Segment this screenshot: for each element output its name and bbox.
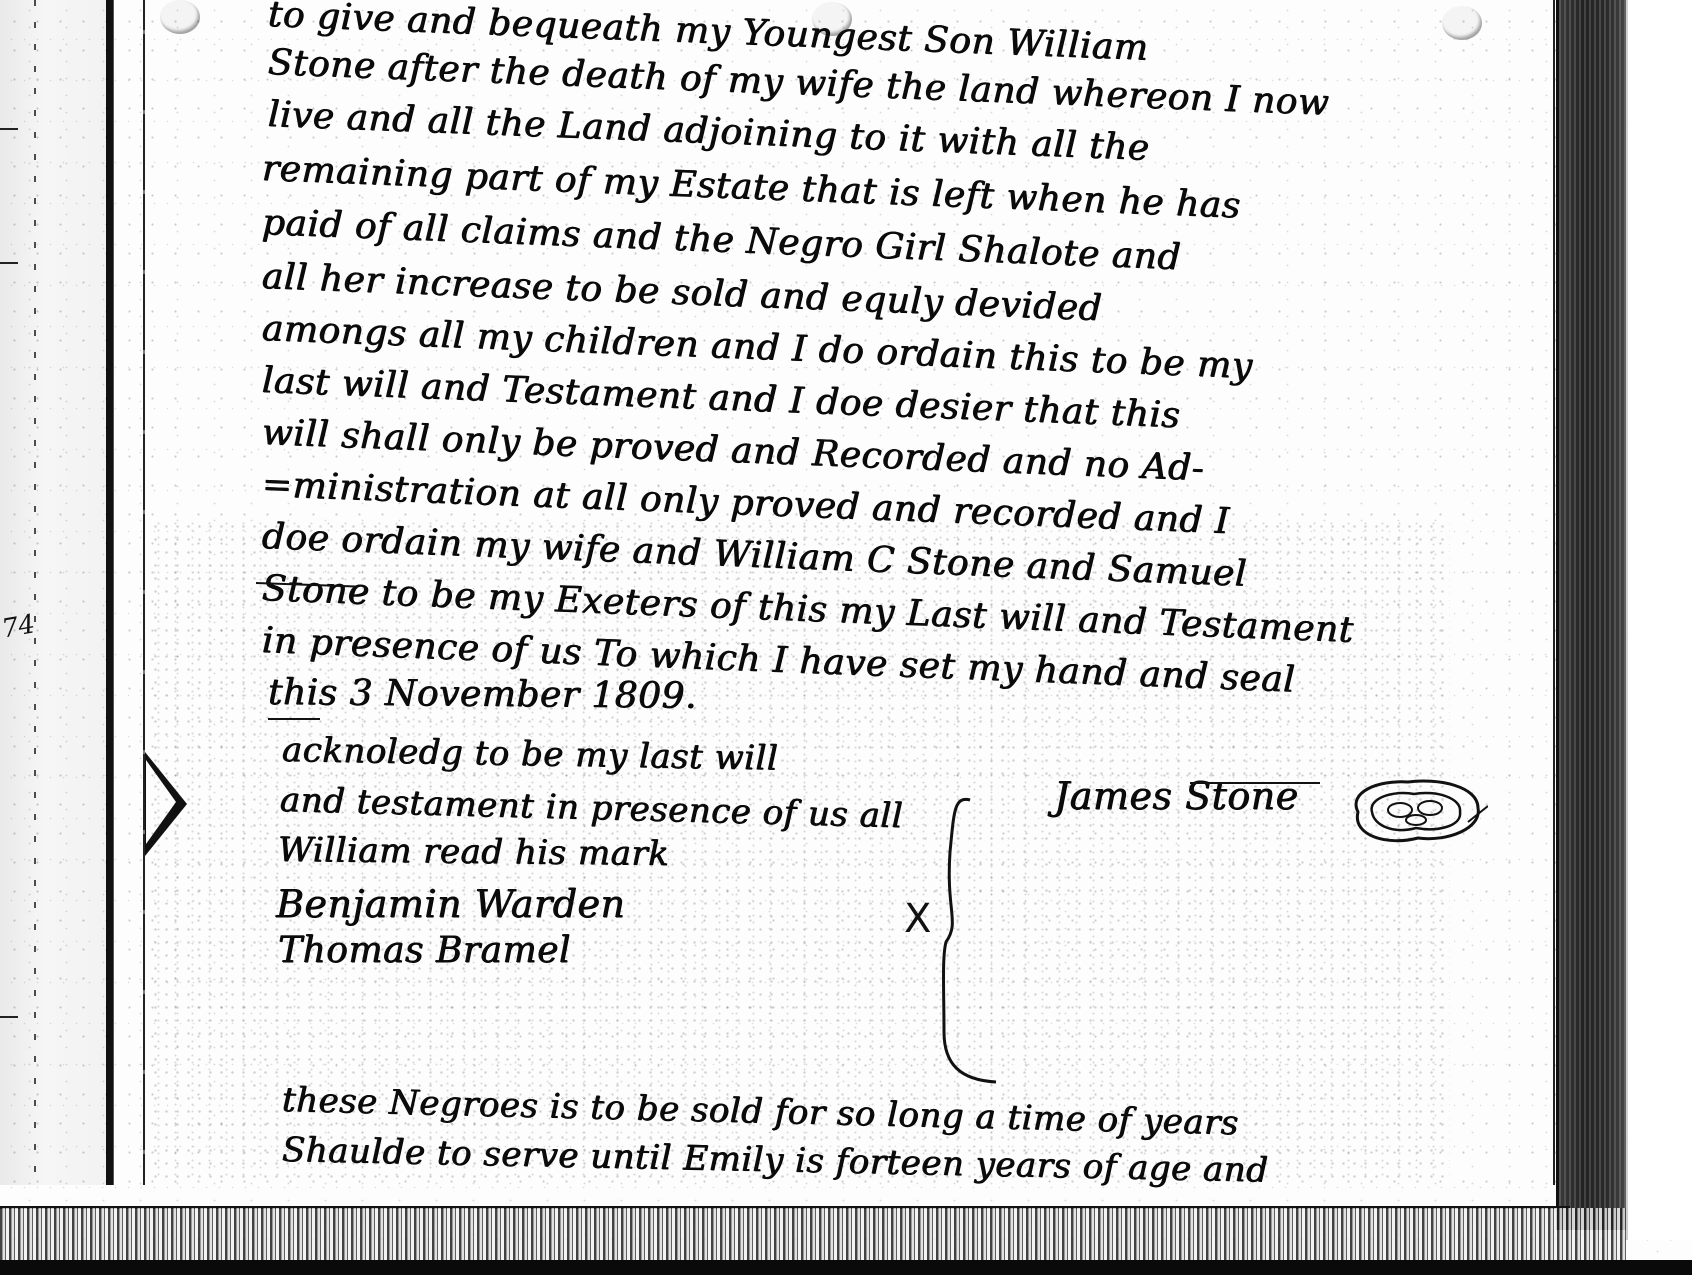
punch-hole-icon xyxy=(160,0,200,34)
witness-benjamin-warden: Benjamin Warden xyxy=(276,882,625,926)
left-margin-mark: 74 xyxy=(0,609,37,644)
witness-thomas-bramel: Thomas Bramel xyxy=(278,930,571,971)
margin-tick xyxy=(0,128,18,130)
bottom-scan-border xyxy=(0,1260,1692,1275)
attestation-line-2: and testament in presence of us all xyxy=(279,780,903,836)
left-facing-page: 74 xyxy=(0,0,110,1185)
attestation-line-1: acknoledg to be my last will xyxy=(282,730,779,779)
will-date-line: this 3 November 1809. xyxy=(268,672,697,717)
witness-william: William read his mark xyxy=(278,830,670,874)
binding-spine xyxy=(106,0,113,1185)
torn-notch-inner xyxy=(146,760,176,844)
margin-tick xyxy=(0,262,18,264)
right-page-edge-shadow xyxy=(1556,0,1629,1230)
bottom-edge-shadow xyxy=(0,1208,1626,1260)
right-scan-border xyxy=(1626,0,1692,1240)
right-margin-line xyxy=(1553,0,1555,1185)
margin-tick xyxy=(0,1016,18,1018)
inner-margin-line xyxy=(143,0,145,1185)
witness-mark-x: X xyxy=(904,896,931,942)
punch-hole-icon xyxy=(1442,6,1482,40)
wax-seal-icon xyxy=(1338,772,1488,850)
signature-flourish xyxy=(1190,782,1320,784)
date-underline xyxy=(268,718,320,720)
testator-signature: James Stone xyxy=(1054,774,1299,818)
document-scan: 74 to give and bequeath my Youngest Son … xyxy=(0,0,1692,1275)
witness-brace-icon xyxy=(940,792,1000,1084)
left-page-rule xyxy=(34,0,36,1185)
